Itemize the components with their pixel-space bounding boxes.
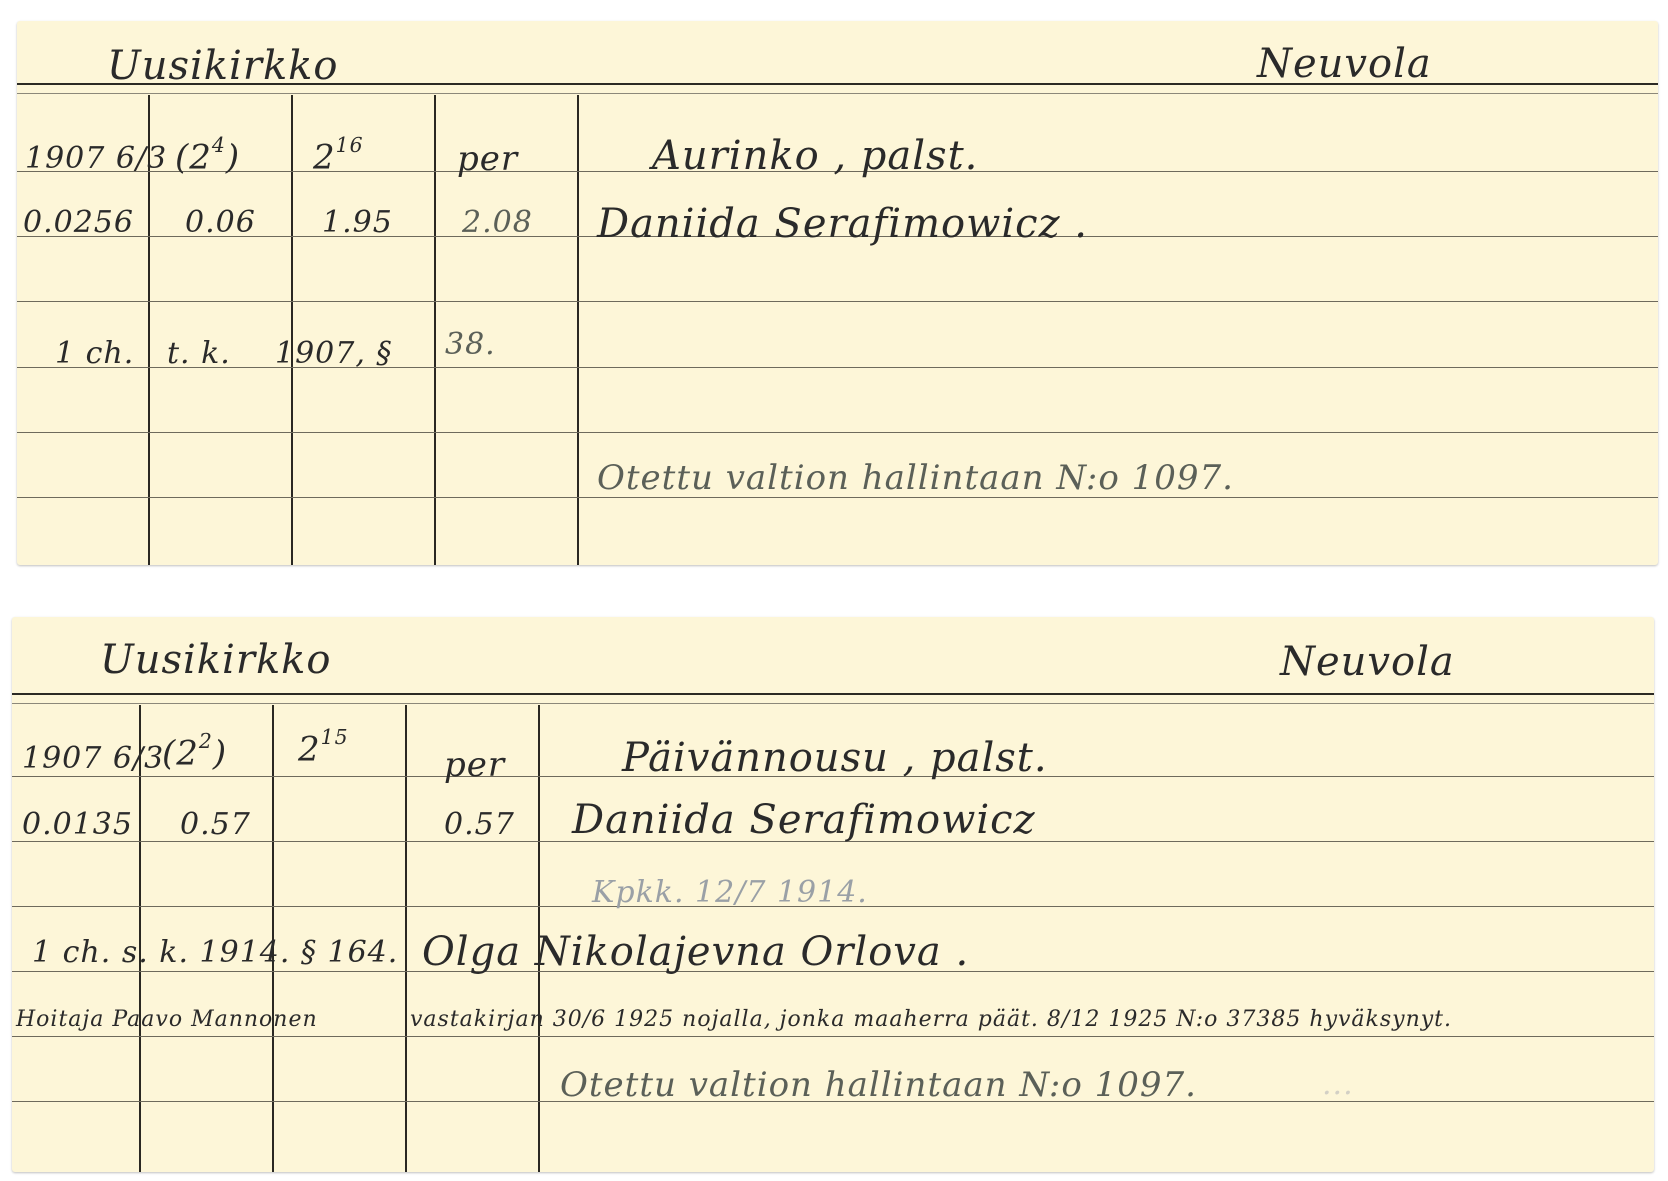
lot-number: (22) — [162, 729, 227, 773]
parcel-name: Aurinko , palst. — [652, 133, 978, 179]
faded-pencil-mark: ... — [1322, 1067, 1354, 1102]
col3-value: 1.95 — [322, 205, 393, 240]
parcel-number: 215 — [298, 725, 349, 769]
total-value: 2.08 — [462, 205, 533, 240]
owner-name: Daniida Serafimowicz . — [597, 201, 1088, 247]
parcel-number: 216 — [313, 133, 364, 177]
law-year: 1907, § — [275, 336, 392, 371]
ruled-line — [12, 1036, 1654, 1037]
header-rule — [17, 83, 1658, 85]
per-label: per — [457, 139, 518, 179]
village-name: Neuvola — [1257, 41, 1432, 87]
ruled-line — [17, 367, 1658, 368]
state-custody-note: Otettu valtion hallintaan N:o 1097. — [560, 1065, 1197, 1105]
state-custody-note: Otettu valtion hallintaan N:o 1097. — [597, 458, 1234, 498]
ruled-line — [17, 432, 1658, 433]
owner-name: Daniida Serafimowicz — [572, 797, 1036, 843]
caretaker-name: Hoitaja Paavo Mannonen — [16, 1007, 318, 1032]
header-subrule — [12, 703, 1654, 704]
col2-value: 0.57 — [180, 807, 251, 842]
column-divider — [577, 95, 579, 565]
approval-note: vastakirjan 30/6 1925 nojalla, jonka maa… — [410, 1007, 1452, 1032]
column-divider — [434, 95, 436, 565]
lot-number: (24) — [175, 133, 240, 177]
law-reference: 1 ch. s. k. 1914. § 164. — [32, 935, 398, 970]
per-label: per — [444, 745, 505, 785]
section-number: 38. — [445, 327, 496, 362]
parish-name: Uusikirkko — [100, 637, 332, 683]
acquisition-date: 1907 6/3 — [25, 141, 167, 176]
village-name: Neuvola — [1280, 639, 1455, 685]
parcel-name: Päivännousu , palst. — [622, 735, 1048, 781]
column-divider — [291, 95, 293, 565]
area-value: 0.0256 — [23, 205, 134, 240]
area-value: 0.0135 — [22, 807, 133, 842]
header-rule — [12, 693, 1654, 695]
index-card-paivannousu: Uusikirkko Neuvola 1907 6/3 0.0135 (22) … — [12, 617, 1654, 1172]
chapter-ref: 1 ch. — [55, 336, 134, 371]
header-subrule — [17, 93, 1658, 94]
registration-note: Kpkk. 12/7 1914. — [592, 875, 868, 910]
law-ref: t. k. — [167, 336, 231, 371]
total-value: 0.57 — [444, 807, 515, 842]
ruled-line — [17, 301, 1658, 302]
acquisition-date: 1907 6/3 — [22, 741, 164, 776]
new-owner-name: Olga Nikolajevna Orlova . — [422, 929, 969, 975]
index-card-aurinko: Uusikirkko Neuvola 1907 6/3 0.0256 1 ch.… — [17, 21, 1658, 565]
col2-value: 0.06 — [185, 205, 256, 240]
